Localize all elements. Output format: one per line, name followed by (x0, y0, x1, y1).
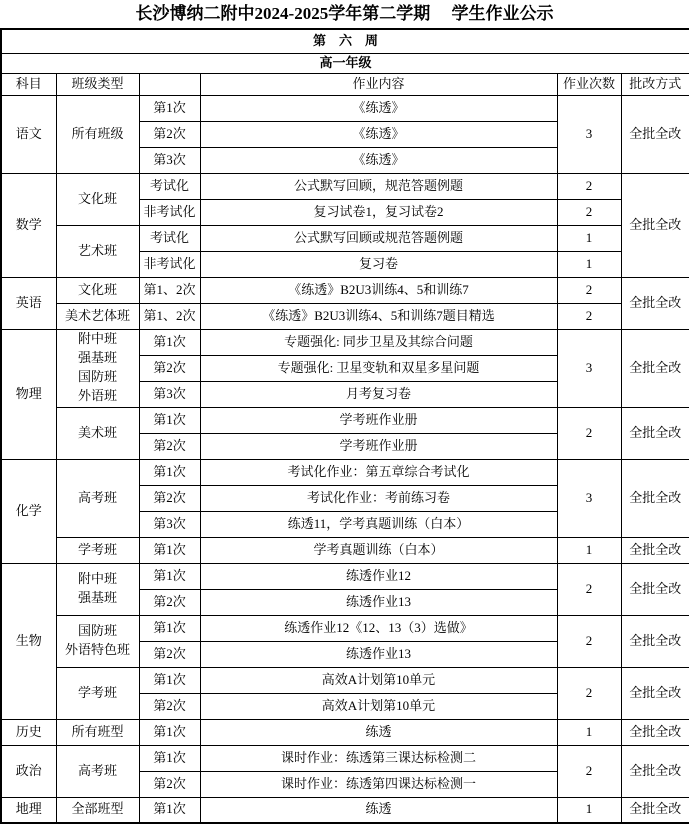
cell-session: 第1次 (139, 745, 200, 771)
cell-session: 第2次 (139, 485, 200, 511)
grade-banner-row: 高一年级 (1, 53, 689, 73)
cell-subject: 历史 (1, 719, 56, 745)
cell-content: 考试化作业：考前练习卷 (200, 485, 557, 511)
cell-content: 《练透》 (200, 121, 557, 147)
cell-session: 第2次 (139, 641, 200, 667)
cell-content: 练透作业12《12、13（3）选做》 (200, 615, 557, 641)
cell-content: 《练透》B2U3训练4、5和训练7 (200, 277, 557, 303)
page-title: 长沙博纳二附中2024-2025学年第二学期 学生作业公示 (0, 0, 689, 28)
cell-content: 《练透》 (200, 147, 557, 173)
column-header-count: 作业次数 (557, 73, 621, 95)
cell-class-type: 艺术班 (56, 225, 139, 277)
cell-session: 第2次 (139, 771, 200, 797)
cell-session: 第1次 (139, 615, 200, 641)
cell-grading: 全批全改 (621, 277, 689, 329)
cell-content: 课时作业：练透第四课达标检测一 (200, 771, 557, 797)
column-header-grading: 批改方式 (621, 73, 689, 95)
cell-count: 1 (557, 537, 621, 563)
table-row: 地理全部班型第1次练透1全批全改 (1, 797, 689, 823)
cell-content: 高效A计划第10单元 (200, 667, 557, 693)
cell-content: 《练透》 (200, 95, 557, 121)
cell-content: 练透11，学考真题训练（白本） (200, 511, 557, 537)
cell-count: 2 (557, 173, 621, 199)
cell-content: 月考复习卷 (200, 381, 557, 407)
cell-subject: 数学 (1, 173, 56, 277)
cell-content: 复习试卷1，复习试卷2 (200, 199, 557, 225)
cell-session: 第2次 (139, 355, 200, 381)
cell-session: 第2次 (139, 693, 200, 719)
cell-grading: 全批全改 (621, 667, 689, 719)
cell-content: 公式默写回顾，规范答题例题 (200, 173, 557, 199)
cell-content: 考试化作业：第五章综合考试化 (200, 459, 557, 485)
cell-session: 考试化 (139, 173, 200, 199)
cell-count: 3 (557, 95, 621, 173)
cell-count: 1 (557, 251, 621, 277)
cell-session: 第1次 (139, 719, 200, 745)
cell-session: 第1次 (139, 95, 200, 121)
cell-grading: 全批全改 (621, 563, 689, 615)
grade-banner: 高一年级 (1, 53, 689, 73)
column-header-class-type: 班级类型 (56, 73, 139, 95)
table-row: 数学文化班考试化公式默写回顾，规范答题例题2全批全改 (1, 173, 689, 199)
cell-subject: 化学 (1, 459, 56, 563)
cell-count: 2 (557, 303, 621, 329)
column-header-session (139, 73, 200, 95)
cell-session: 第1次 (139, 459, 200, 485)
cell-content: 练透作业13 (200, 641, 557, 667)
cell-class-type: 国防班 外语特色班 (56, 615, 139, 667)
cell-class-type: 高考班 (56, 745, 139, 797)
cell-subject: 政治 (1, 745, 56, 797)
cell-grading: 全批全改 (621, 329, 689, 407)
cell-count: 2 (557, 667, 621, 719)
cell-content: 《练透》B2U3训练4、5和训练7题目精选 (200, 303, 557, 329)
table-row: 历史所有班型第1次练透1全批全改 (1, 719, 689, 745)
cell-grading: 全批全改 (621, 537, 689, 563)
cell-session: 第3次 (139, 147, 200, 173)
week-banner-row: 第 六 周 (1, 29, 689, 53)
cell-class-type: 所有班型 (56, 719, 139, 745)
cell-session: 第2次 (139, 433, 200, 459)
cell-content: 复习卷 (200, 251, 557, 277)
homework-table: 第 六 周 高一年级 科目 班级类型 作业内容 作业次数 批改方式 语文所有班级… (0, 28, 689, 824)
cell-class-type: 文化班 (56, 277, 139, 303)
table-row: 物理附中班 强基班 国防班 外语班第1次专题强化: 同步卫星及其综合问题3全批全… (1, 329, 689, 355)
cell-session: 非考试化 (139, 199, 200, 225)
cell-grading: 全批全改 (621, 173, 689, 277)
cell-content: 课时作业：练透第三课达标检测二 (200, 745, 557, 771)
cell-subject: 地理 (1, 797, 56, 823)
table-header-row: 科目 班级类型 作业内容 作业次数 批改方式 (1, 73, 689, 95)
cell-grading: 全批全改 (621, 797, 689, 823)
cell-session: 考试化 (139, 225, 200, 251)
cell-count: 2 (557, 407, 621, 459)
cell-class-type: 高考班 (56, 459, 139, 537)
cell-session: 第1、2次 (139, 303, 200, 329)
table-row: 化学高考班第1次考试化作业：第五章综合考试化3全批全改 (1, 459, 689, 485)
cell-grading: 全批全改 (621, 745, 689, 797)
cell-session: 第3次 (139, 381, 200, 407)
cell-count: 1 (557, 797, 621, 823)
cell-session: 第1、2次 (139, 277, 200, 303)
homework-announcement-page: 长沙博纳二附中2024-2025学年第二学期 学生作业公示 第 六 周 高一年级… (0, 0, 689, 824)
table-row: 艺术班考试化公式默写回顾或规范答题例题1 (1, 225, 689, 251)
cell-session: 第3次 (139, 511, 200, 537)
cell-count: 2 (557, 745, 621, 797)
table-row: 生物附中班 强基班第1次练透作业122全批全改 (1, 563, 689, 589)
cell-content: 练透作业13 (200, 589, 557, 615)
cell-class-type: 美术艺体班 (56, 303, 139, 329)
cell-class-type: 美术班 (56, 407, 139, 459)
cell-session: 第1次 (139, 797, 200, 823)
cell-count: 2 (557, 199, 621, 225)
cell-subject: 语文 (1, 95, 56, 173)
cell-content: 练透作业12 (200, 563, 557, 589)
cell-content: 专题强化: 卫星变轨和双星多星问题 (200, 355, 557, 381)
cell-grading: 全批全改 (621, 615, 689, 667)
column-header-content: 作业内容 (200, 73, 557, 95)
cell-subject: 物理 (1, 329, 56, 459)
table-row: 美术艺体班第1、2次《练透》B2U3训练4、5和训练7题目精选2 (1, 303, 689, 329)
table-row: 学考班第1次高效A计划第10单元2全批全改 (1, 667, 689, 693)
cell-content: 学考真题训练（白本） (200, 537, 557, 563)
cell-count: 3 (557, 459, 621, 537)
table-row: 美术班第1次学考班作业册2全批全改 (1, 407, 689, 433)
cell-content: 专题强化: 同步卫星及其综合问题 (200, 329, 557, 355)
cell-session: 第1次 (139, 537, 200, 563)
cell-content: 练透 (200, 719, 557, 745)
table-row: 语文所有班级第1次《练透》3全批全改 (1, 95, 689, 121)
cell-content: 高效A计划第10单元 (200, 693, 557, 719)
cell-class-type: 所有班级 (56, 95, 139, 173)
cell-class-type: 文化班 (56, 173, 139, 225)
cell-count: 2 (557, 615, 621, 667)
table-row: 英语文化班第1、2次《练透》B2U3训练4、5和训练72全批全改 (1, 277, 689, 303)
cell-content: 学考班作业册 (200, 433, 557, 459)
cell-class-type: 学考班 (56, 537, 139, 563)
cell-class-type: 全部班型 (56, 797, 139, 823)
cell-content: 学考班作业册 (200, 407, 557, 433)
cell-class-type: 附中班 强基班 (56, 563, 139, 615)
table-row: 国防班 外语特色班第1次练透作业12《12、13（3）选做》2全批全改 (1, 615, 689, 641)
column-header-subject: 科目 (1, 73, 56, 95)
cell-count: 2 (557, 277, 621, 303)
week-banner: 第 六 周 (1, 29, 689, 53)
cell-grading: 全批全改 (621, 407, 689, 459)
cell-session: 第1次 (139, 407, 200, 433)
cell-class-type: 附中班 强基班 国防班 外语班 (56, 329, 139, 407)
cell-content: 练透 (200, 797, 557, 823)
cell-grading: 全批全改 (621, 95, 689, 173)
cell-session: 非考试化 (139, 251, 200, 277)
cell-content: 公式默写回顾或规范答题例题 (200, 225, 557, 251)
table-row: 学考班第1次学考真题训练（白本）1全批全改 (1, 537, 689, 563)
cell-grading: 全批全改 (621, 719, 689, 745)
cell-session: 第2次 (139, 589, 200, 615)
cell-count: 3 (557, 329, 621, 407)
cell-subject: 生物 (1, 563, 56, 719)
cell-subject: 英语 (1, 277, 56, 329)
cell-count: 1 (557, 225, 621, 251)
cell-count: 2 (557, 563, 621, 615)
cell-session: 第2次 (139, 121, 200, 147)
cell-grading: 全批全改 (621, 459, 689, 537)
cell-count: 1 (557, 719, 621, 745)
table-row: 政治高考班第1次课时作业：练透第三课达标检测二2全批全改 (1, 745, 689, 771)
cell-session: 第1次 (139, 563, 200, 589)
cell-session: 第1次 (139, 329, 200, 355)
cell-session: 第1次 (139, 667, 200, 693)
cell-class-type: 学考班 (56, 667, 139, 719)
